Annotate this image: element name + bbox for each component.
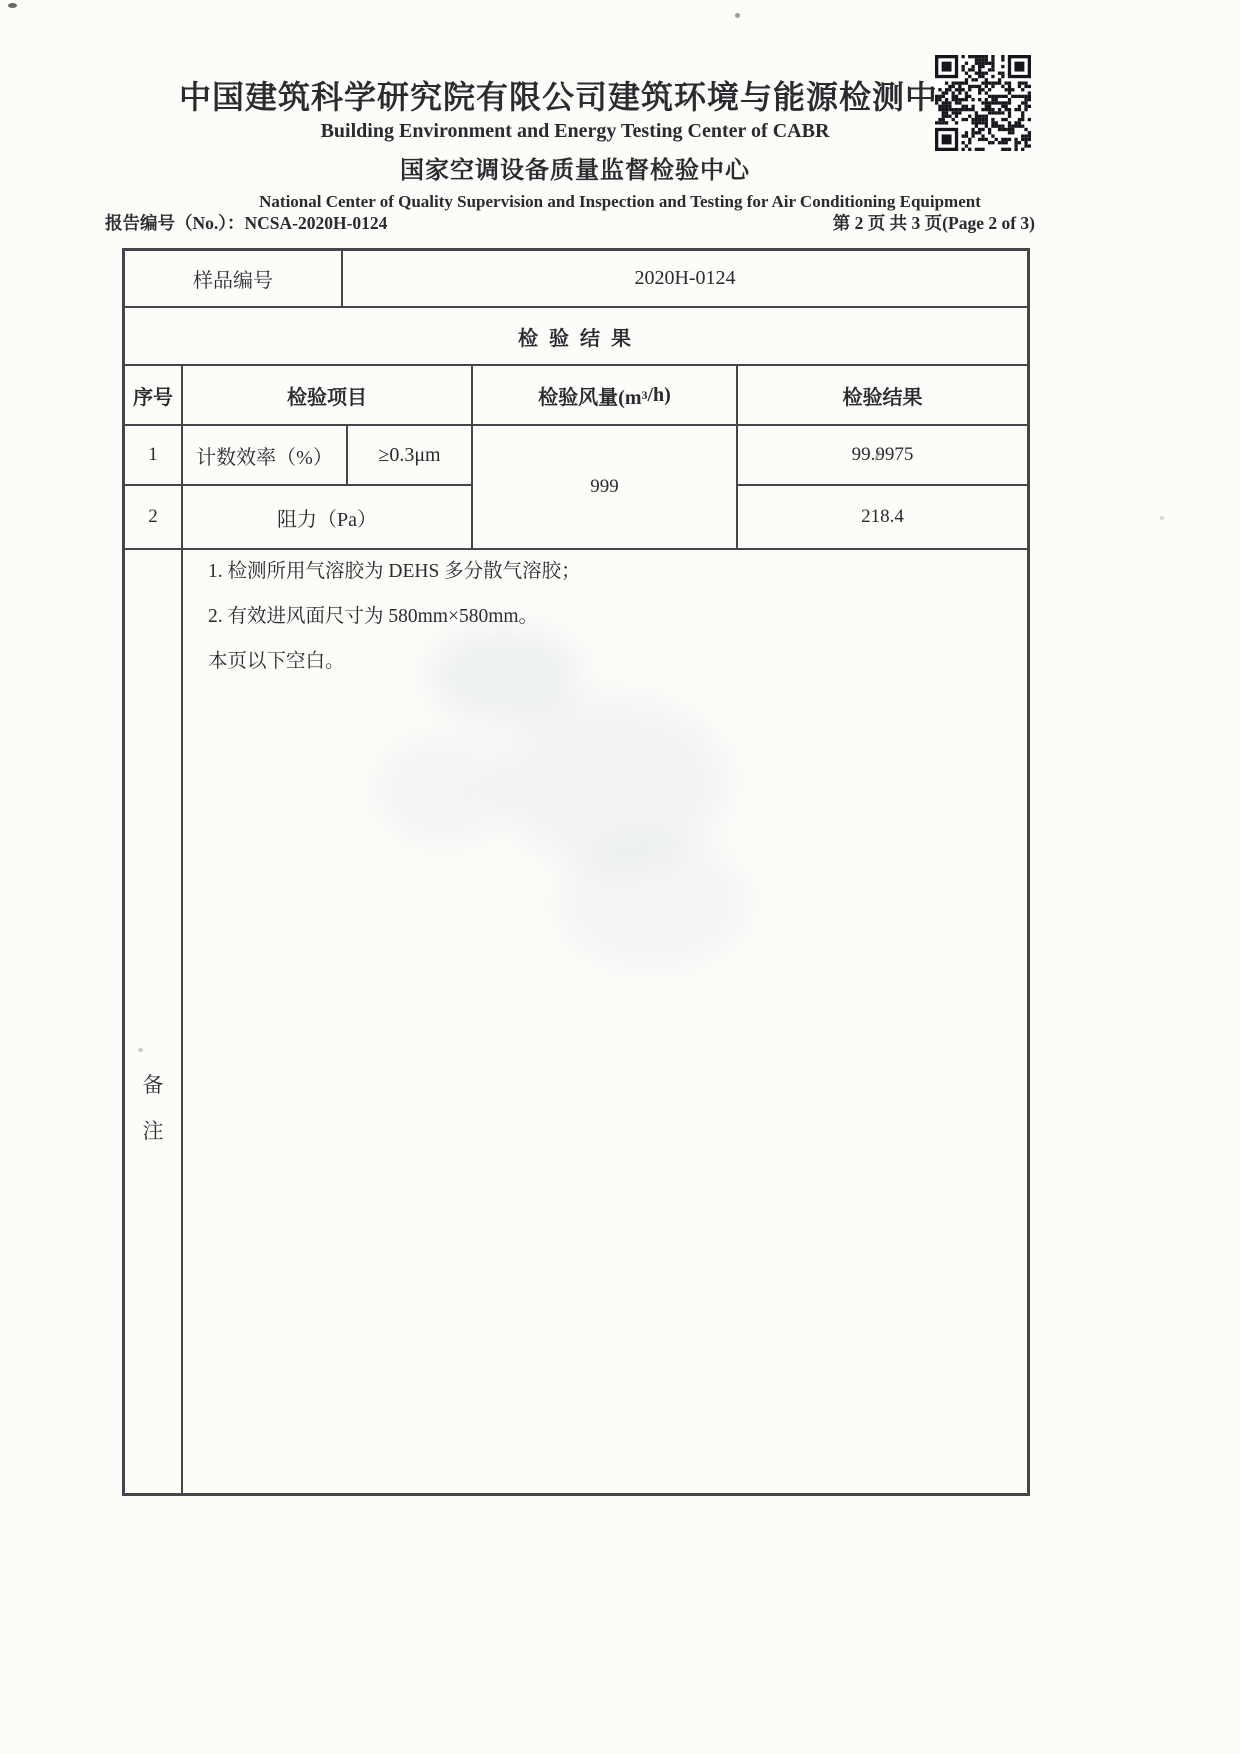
row2-serial-cell: 2 (125, 486, 183, 550)
report-meta-row: 报告编号（No.）：NCSA-2020H-0124 第 2 页 共 3 页(Pa… (105, 210, 1035, 235)
airflow-header-suffix: /h) (647, 384, 670, 407)
scan-speck (1160, 516, 1164, 520)
remarks-label-char: 备 (143, 1069, 164, 1099)
stamp-star-icon: ★ (1049, 996, 1103, 1056)
section-title-cell: 检 验 结 果 (125, 308, 1027, 366)
airflow-value-cell: 999 (473, 426, 738, 550)
stamp-char: 验 (1052, 1100, 1098, 1146)
center-title-en: National Center of Quality Supervision a… (0, 192, 1240, 212)
row1-item-cell: 计数效率（%） (183, 426, 348, 486)
airflow-header-prefix: 检验风量(m (538, 381, 641, 410)
row1-subitem-cell: ≥0.3μm (348, 426, 473, 486)
stamp-char: 签 (1053, 1060, 1099, 1106)
scan-speck (735, 13, 740, 18)
remark-note-2: 2. 有效进风面尺寸为 580mm×580mm。 (208, 604, 1007, 630)
report-number: 报告编号（No.）：NCSA-2020H-0124 (105, 210, 387, 235)
blank-page-note: 本页以下空白。 (208, 649, 1007, 675)
remarks-content-cell: 1. 检测所用气溶胶为 DEHS 多分散气溶胶； 2. 有效进风面尺寸为 580… (183, 550, 1027, 1493)
scan-smudge (558, 838, 748, 968)
qr-code-image (934, 55, 1032, 151)
report-number-value: NCSA-2020H-0124 (245, 213, 388, 233)
row1-result-cell: 99.9975 (738, 426, 1027, 486)
remarks-label-cell: 备 注 (125, 550, 183, 1493)
scan-speck (138, 1048, 143, 1052)
row1-serial-cell: 1 (125, 426, 183, 486)
report-page: 中国建筑科学研究院有限公司建筑环境与能源检测中心 Building Enviro… (0, 0, 1240, 1754)
scan-smudge (498, 698, 728, 868)
col-header-result: 检验结果 (738, 366, 1027, 426)
center-title-cn: 国家空调设备质量监督检验中心 (0, 150, 1150, 185)
row2-item-cell: 阻力（Pa） (183, 486, 473, 550)
page-indicator: 第 2 页 共 3 页(Page 2 of 3) (833, 210, 1035, 235)
remarks-label-char: 注 (143, 1115, 164, 1145)
row2-result-cell: 218.4 (738, 486, 1027, 550)
col-header-airflow: 检验风量(m3/h) (473, 366, 738, 426)
stamp-char: 质 (1058, 912, 1124, 978)
report-number-label: 报告编号（No.）： (105, 213, 245, 233)
remark-note-1: 1. 检测所用气溶胶为 DEHS 多分散气溶胶； (208, 559, 1007, 585)
col-header-serial: 序号 (125, 366, 183, 426)
col-header-item: 检验项目 (183, 366, 473, 426)
red-stamp-fragment: 质 ★ 签 验 (1050, 904, 1130, 907)
sample-id-label-cell: 样品编号 (125, 251, 343, 308)
scan-smudge (378, 738, 508, 843)
scan-speck (8, 3, 17, 8)
sample-id-value-cell: 2020H-0124 (343, 251, 1027, 308)
